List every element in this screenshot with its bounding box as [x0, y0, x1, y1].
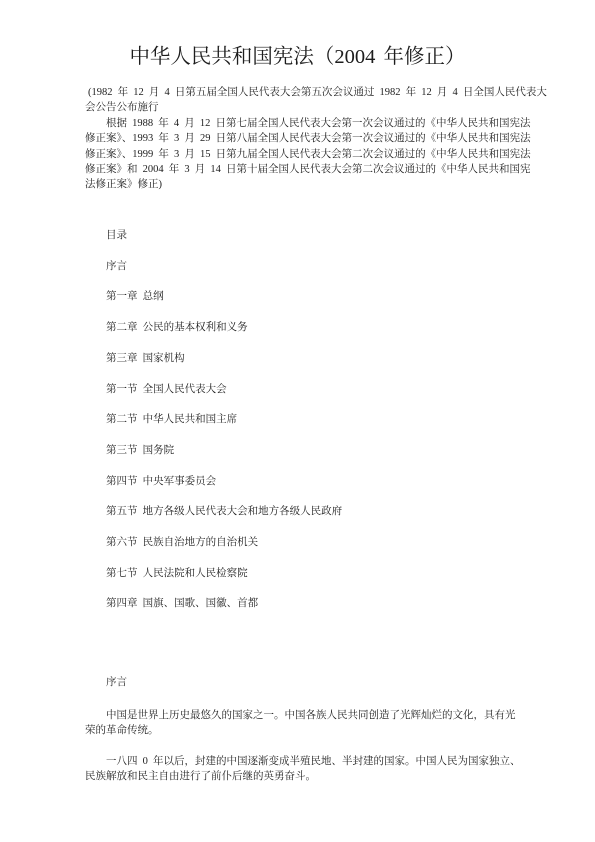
front-matter: (1982 年 12 月 4 日第五届全国人民代表大会第五次会议通过 1982 …	[85, 85, 515, 193]
front-matter-line: 会公告公布施行	[85, 100, 515, 115]
paragraph-line: 一八四 0 年以后，封建的中国逐渐变成半殖民地、半封建的国家。中国人民为国家独立…	[85, 754, 515, 769]
front-matter-line: 修正案》和 2004 年 3 月 14 日第十届全国人民代表大会第二次会议通过的…	[85, 162, 515, 177]
paragraph-line: 中国是世界上历史最悠久的国家之一。中国各族人民共同创造了光辉灿烂的文化，具有光	[85, 708, 515, 723]
front-matter-line: 修正案》、1993 年 3 月 29 日第八届全国人民代表大会第一次会议通过的《…	[85, 131, 515, 146]
front-matter-line: 根据 1988 年 4 月 12 日第七届全国人民代表大会第一次会议通过的《中华…	[85, 116, 515, 131]
preamble-paragraph: 中国是世界上历史最悠久的国家之一。中国各族人民共同创造了光辉灿烂的文化，具有光 …	[85, 708, 515, 739]
toc-item-chapter-3: 第三章 国家机构	[85, 351, 515, 366]
front-matter-line: 法修正案》修正)	[85, 177, 515, 192]
document-title: 中华人民共和国宪法（2004 年修正）	[0, 44, 595, 71]
toc-item-preface: 序言	[85, 259, 515, 274]
toc-item-chapter-4: 第四章 国旗、国歌、国徽、首都	[85, 596, 515, 611]
toc-item-section-5: 第五节 地方各级人民代表大会和地方各级人民政府	[85, 504, 515, 519]
toc-item-section-2: 第二节 中华人民共和国主席	[85, 412, 515, 427]
preamble-heading: 序言	[85, 675, 515, 690]
front-matter-line: (1982 年 12 月 4 日第五届全国人民代表大会第五次会议通过 1982 …	[85, 85, 515, 100]
toc-item-section-7: 第七节 人民法院和人民检察院	[85, 566, 515, 581]
toc-item-section-1: 第一节 全国人民代表大会	[85, 382, 515, 397]
preamble-paragraph: 一八四 0 年以后，封建的中国逐渐变成半殖民地、半封建的国家。中国人民为国家独立…	[85, 754, 515, 785]
front-matter-line: 修正案》、1999 年 3 月 15 日第九届全国人民代表大会第二次会议通过的《…	[85, 147, 515, 162]
table-of-contents: 目录 序言 第一章 总纲 第二章 公民的基本权利和义务 第三章 国家机构 第一节…	[85, 228, 515, 627]
toc-item-section-6: 第六节 民族自治地方的自治机关	[85, 535, 515, 550]
paragraph-line: 民族解放和民主自由进行了前仆后继的英勇奋斗。	[85, 769, 515, 784]
toc-item-section-3: 第三节 国务院	[85, 443, 515, 458]
toc-item-chapter-1: 第一章 总纲	[85, 289, 515, 304]
paragraph-line: 荣的革命传统。	[85, 723, 515, 738]
toc-title: 目录	[85, 228, 515, 243]
toc-item-section-4: 第四节 中央军事委员会	[85, 474, 515, 489]
toc-item-chapter-2: 第二章 公民的基本权利和义务	[85, 320, 515, 335]
document-page: 中华人民共和国宪法（2004 年修正） (1982 年 12 月 4 日第五届全…	[0, 0, 595, 842]
preamble-section: 序言	[85, 675, 515, 690]
